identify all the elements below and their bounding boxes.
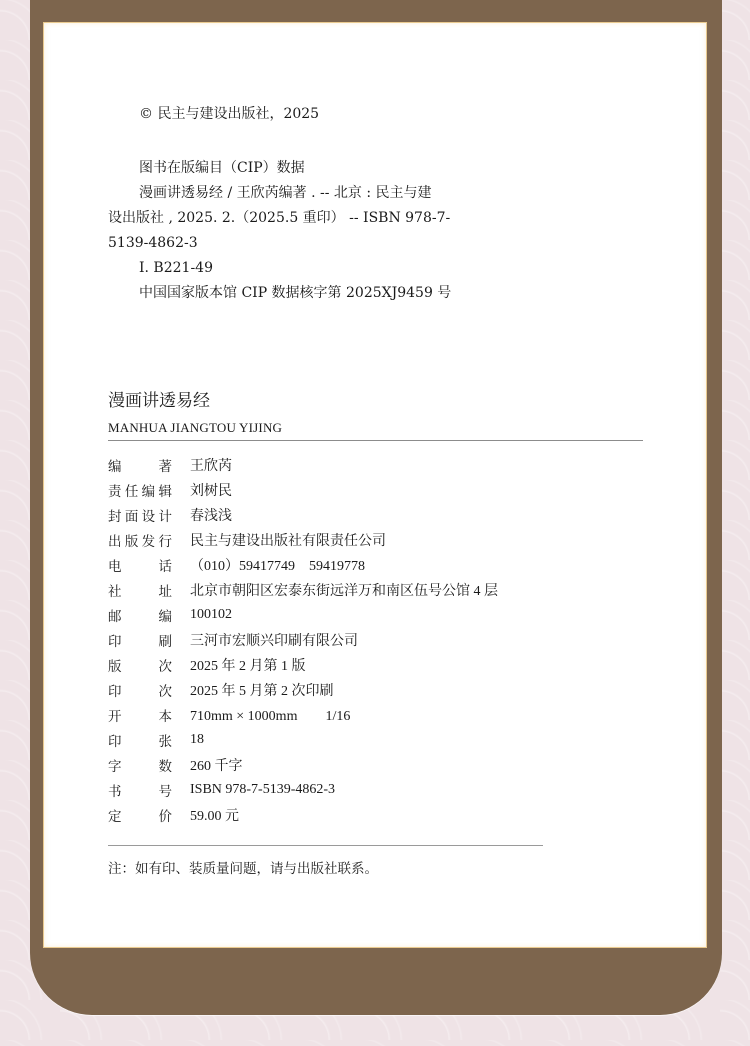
book-title: 漫画讲透易经: [108, 388, 210, 414]
info-value: 59.00 元: [190, 805, 239, 825]
info-value: 民主与建设出版社有限责任公司: [190, 530, 386, 550]
cip-line: 设出版社 , 2025. 2.（2025.5 重印） -- ISBN 978-7…: [108, 206, 450, 230]
info-value: 三河市宏顺兴印刷有限公司: [190, 630, 358, 650]
info-row-phone: 电话 （010）59417749 59419778: [108, 552, 668, 577]
info-value: 100102: [190, 607, 232, 623]
info-label: 印刷: [108, 630, 172, 650]
info-label: 开本: [108, 705, 172, 725]
copyright-page-panel: © 民主与建设出版社，2025 图书在版编目（CIP）数据 漫画讲透易经 / 王…: [44, 23, 706, 947]
info-label: 印次: [108, 680, 172, 700]
quality-note: 注：如有印、装质量问题，请与出版社联系。: [108, 858, 378, 880]
cip-classification: Ⅰ. B221-49: [139, 256, 213, 280]
book-title-pinyin: MANHUA JIANGTOU YIJING: [108, 418, 282, 438]
info-label: 出版发行: [108, 530, 172, 550]
info-row-price: 定价 59.00 元: [108, 802, 668, 827]
info-label: 印张: [108, 730, 172, 750]
info-value: ISBN 978-7-5139-4862-3: [190, 782, 335, 798]
info-row-address: 社址 北京市朝阳区宏泰东街远洋万和南区伍号公馆 4 层: [108, 577, 668, 602]
info-label: 封面设计: [108, 505, 172, 525]
info-value: 260 千字: [190, 755, 243, 775]
info-label: 电话: [108, 555, 172, 575]
info-value: 2025 年 2 月第 1 版: [190, 655, 306, 675]
info-label: 编著: [108, 455, 172, 475]
info-row-sheets: 印张 18: [108, 727, 668, 752]
info-label: 字数: [108, 755, 172, 775]
info-row-printing: 印次 2025 年 5 月第 2 次印刷: [108, 677, 668, 702]
info-value: 18: [190, 732, 204, 748]
note-divider: [108, 845, 543, 846]
cip-record-number: 中国国家版本馆 CIP 数据核字第 2025XJ9459 号: [139, 281, 451, 305]
info-value: 春浅浅: [190, 505, 232, 525]
info-row-author: 编著 王欣芮: [108, 452, 668, 477]
publication-info-table: 编著 王欣芮 责任编辑 刘树民 封面设计 春浅浅 出版发行 民主与建设出版社有限…: [108, 452, 668, 827]
info-row-isbn: 书号 ISBN 978-7-5139-4862-3: [108, 777, 668, 802]
info-label: 责任编辑: [108, 480, 172, 500]
copyright-line: © 民主与建设出版社，2025: [139, 102, 319, 126]
info-row-publisher: 出版发行 民主与建设出版社有限责任公司: [108, 527, 668, 552]
title-divider: [108, 440, 643, 441]
info-value: 710mm × 1000mm 1/16: [190, 705, 350, 725]
info-value: 2025 年 5 月第 2 次印刷: [190, 680, 334, 700]
info-label: 定价: [108, 805, 172, 825]
cip-line: 5139-4862-3: [108, 231, 198, 255]
cip-line: 漫画讲透易经 / 王欣芮编著 . -- 北京 : 民主与建: [139, 181, 432, 205]
info-value: 王欣芮: [190, 455, 232, 475]
info-label: 邮编: [108, 605, 172, 625]
info-row-word-count: 字数 260 千字: [108, 752, 668, 777]
brown-frame: © 民主与建设出版社，2025 图书在版编目（CIP）数据 漫画讲透易经 / 王…: [30, 0, 722, 1015]
info-value: 北京市朝阳区宏泰东街远洋万和南区伍号公馆 4 层: [190, 580, 498, 600]
info-row-printer: 印刷 三河市宏顺兴印刷有限公司: [108, 627, 668, 652]
info-row-editor: 责任编辑 刘树民: [108, 477, 668, 502]
info-label: 社址: [108, 580, 172, 600]
info-value: 刘树民: [190, 480, 232, 500]
info-row-format: 开本 710mm × 1000mm 1/16: [108, 702, 668, 727]
info-label: 书号: [108, 780, 172, 800]
info-row-postcode: 邮编 100102: [108, 602, 668, 627]
cip-title: 图书在版编目（CIP）数据: [139, 156, 305, 180]
info-label: 版次: [108, 655, 172, 675]
info-value: （010）59417749 59419778: [190, 555, 365, 575]
info-row-edition: 版次 2025 年 2 月第 1 版: [108, 652, 668, 677]
info-row-cover-design: 封面设计 春浅浅: [108, 502, 668, 527]
